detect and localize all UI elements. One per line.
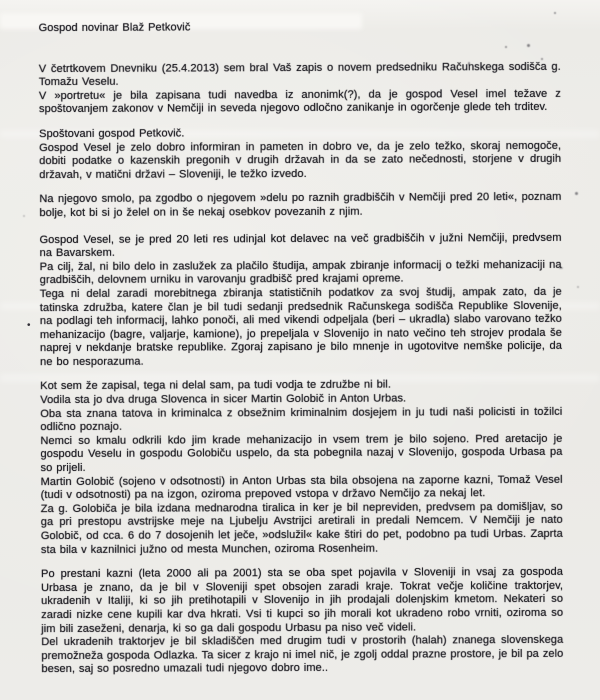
letter-content: Gospod novinar Blaž Petkovič V četrtkove… [39, 20, 564, 677]
story-intro-block: Na njegovo smolo, pa zgodbo o njegovem »… [39, 191, 561, 220]
intro-block: V četrtkovem Dnevniku (25.4.2013) sem br… [39, 60, 561, 117]
paragraph: Del ukradenih traktorjev je bil skladišč… [41, 634, 563, 677]
scan-speck [554, 12, 556, 14]
salutation-block: Spoštovani gospod Petkovič. Gospod Vesel… [39, 126, 561, 183]
scan-speck [541, 58, 543, 60]
paragraph: Nemci so kmalu odkrili kdo jim krade meh… [40, 433, 562, 476]
scan-speck [468, 62, 470, 65]
paragraph: Tega ni delal zaradi morebitnega zbiranj… [40, 286, 562, 370]
stray-bullet-mark: • [27, 320, 31, 331]
paragraph: Gospod Vesel je zelo dobro informiran in… [39, 139, 561, 182]
paragraph: V »portretu« je bila zapisana tudi naved… [39, 88, 561, 117]
paragraph: Oba sta znana tatova in kriminalca z obs… [40, 406, 562, 435]
scan-speck [559, 267, 563, 269]
po-kazni-block: Po prestani kazni (leta 2000 ali pa 2001… [41, 566, 563, 677]
paragraph: Martin Golobič (sojeno v odsotnosti) in … [41, 473, 563, 502]
scan-speck [505, 46, 507, 48]
scan-speck [23, 215, 25, 217]
paragraph: Gospod Vesel, se je pred 20 leti res udi… [39, 231, 561, 260]
scan-speck [575, 192, 578, 195]
scan-speck [527, 44, 530, 47]
addressee-line: Gospod novinar Blaž Petkovič [39, 20, 561, 36]
paragraph: Pa cilj, žal, ni bilo delo in zaslužek z… [40, 259, 562, 288]
scanned-letter-page: Gospod novinar Blaž Petkovič V četrtkove… [0, 0, 600, 700]
paragraph: Po prestani kazni (leta 2000 ali pa 2001… [41, 566, 563, 636]
paragraph: V četrtkovem Dnevniku (25.4.2013) sem br… [39, 60, 561, 89]
paragraph: Za g. Golobiča je bila izdana mednarodna… [41, 501, 563, 558]
gradbisca-block: Gospod Vesel, se je pred 20 leti res udi… [39, 231, 562, 369]
paragraph: Na njegovo smolo, pa zgodbo o njegovem »… [39, 191, 561, 220]
zdruzba-block: Kot sem že zapisal, tega ni delal sam, p… [40, 378, 563, 557]
scan-speck [577, 286, 579, 288]
